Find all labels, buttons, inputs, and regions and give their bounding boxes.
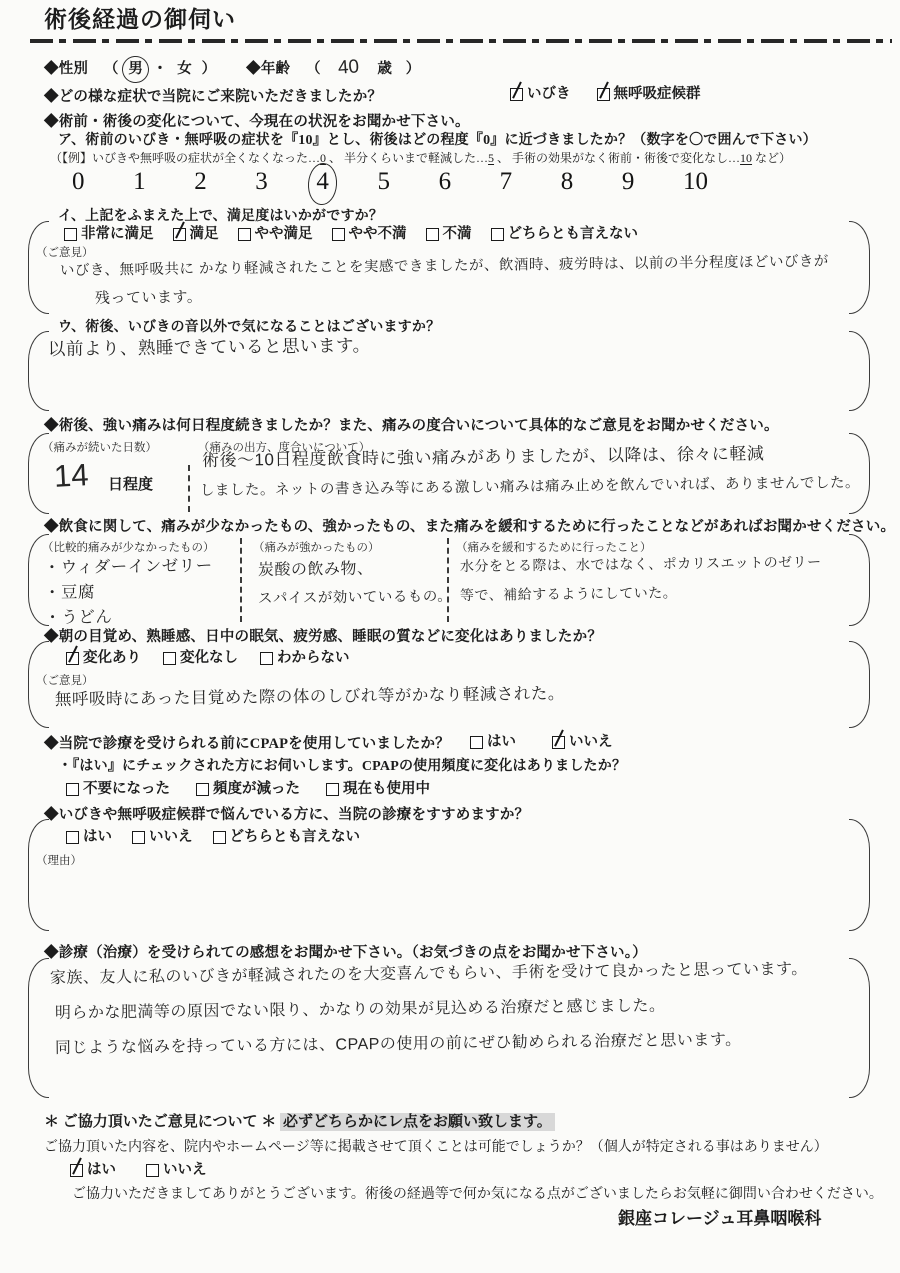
scale-4-circled[interactable]: 4 [316,166,329,197]
gender-female-option[interactable]: 女 [177,61,192,77]
page-title: 術後経過の御伺い [44,6,236,35]
consent-note: ＊ ご協力頂いたご意見について ＊ 必ずどちらかにレ点をお願い致します。 [44,1113,555,1132]
checkbox[interactable] [326,783,339,796]
example-text: 、 半分くらいまで軽減した… [326,151,488,165]
scale-6[interactable]: 6 [439,166,452,197]
scale-8[interactable]: 8 [561,166,574,197]
option-publish-yes[interactable]: はい [70,1161,116,1179]
option-label: いびき [527,85,571,103]
food-divider-1 [240,538,242,622]
recommend-options: はい いいえ どちらとも言えない [66,828,360,846]
option-recommend-no[interactable]: いいえ [132,828,193,846]
option-label: 満足 [190,225,219,243]
age-unit: 歳 [377,61,392,77]
checkbox[interactable] [163,652,176,665]
title-divider [30,39,892,43]
scale-2[interactable]: 2 [194,166,207,197]
food-item: ・ウィダーインゼリー [44,554,213,581]
option-very-satisfied[interactable]: 非常に満足 [64,225,154,243]
symptom-options: いびき 無呼吸症候群 [510,85,701,103]
publish-question: ご協力頂いた内容を、院内やホームページ等に掲載させて頂くことは可能でしょうか？（… [44,1139,828,1157]
example-text: など） [752,151,791,165]
scale-5[interactable]: 5 [377,166,390,197]
option-label: 無呼吸症候群 [614,85,701,103]
example-text: 、 手術の効果がなく術前・術後で変化なし… [494,151,740,165]
symptom-question: ◆どの様な症状で当院にご来院いただきましたか？ [44,88,382,106]
option-cpap-no[interactable]: いいえ [552,733,613,751]
checkbox[interactable] [238,228,251,241]
food-col2-line2: スパイスが効いているもの。 [258,588,452,608]
checkbox[interactable] [491,228,504,241]
reason-label: （理由） [36,854,82,868]
food-col2-label: （痛みが強かったもの） [253,541,380,555]
scale-9[interactable]: 9 [622,166,635,197]
scale-0[interactable]: 0 [72,166,85,197]
satisfaction-options: 非常に満足 満足 やや満足 やや不満 不満 どちらとも言えない [64,225,638,243]
scanned-questionnaire: 術後経過の御伺い ◆性別 （ 男 ・ 女 ） ◆年齢 （ 40 歳 ） ◆どの様… [0,0,900,1273]
paren: （ [104,61,119,77]
paren: （ [306,61,321,77]
checkbox[interactable] [66,652,79,665]
option-publish-no[interactable]: いいえ [146,1161,207,1179]
rating-scale: 0 1 2 3 4 5 6 7 8 9 10 [72,166,708,197]
change-sub-a: ア、術前のいびき・無呼吸の症状を『10』とし、術後はどの程度『0』に近づきました… [58,132,817,150]
checkbox[interactable] [173,228,186,241]
food-item: ・豆腐 [44,579,213,606]
pain-days-value: 14 [53,456,89,497]
clinic-name: 銀座コレージュ耳鼻咽喉科 [618,1208,821,1229]
option-label: 不満 [443,225,472,243]
checkbox[interactable] [132,831,145,844]
option-label: 現在も使用中 [343,780,430,798]
option-no-change[interactable]: 変化なし [163,649,238,667]
publish-options: はい いいえ [70,1161,207,1179]
option-satisfied[interactable]: 満足 [173,225,219,243]
option-label: 変化あり [83,649,141,667]
cpap-followup-options: 不要になった 頻度が減った 現在も使用中 [66,780,430,798]
scale-10[interactable]: 10 [683,166,708,197]
cpap-question: ◆当院で診療を受けられる前にCPAPを使用していましたか？ [44,735,450,753]
checkbox[interactable] [332,228,345,241]
option-label: はい [487,733,516,751]
food-divider-2 [447,538,449,622]
option-label: やや満足 [255,225,313,243]
food-col1-items: ・ウィダーインゼリー ・豆腐 ・うどん [44,554,214,631]
gender-male-option[interactable]: 男 [128,60,143,78]
age-label: ◆年齢 [246,61,290,77]
checkbox-apnea[interactable] [597,88,610,101]
option-changed[interactable]: 変化あり [66,649,141,667]
checkbox[interactable] [260,652,273,665]
satisfaction-comment-line2: 残っています。 [95,289,203,309]
checkbox[interactable] [470,736,483,749]
option-somewhat-dissatisfied[interactable]: やや不満 [332,225,407,243]
change-example-line: （【例】いびきや無呼吸の症状が全くなくなった…0 、 半分くらいまで軽減した…5… [50,151,791,166]
option-still-using[interactable]: 現在も使用中 [326,780,430,798]
scale-7[interactable]: 7 [500,166,513,197]
comment-label: （ご意見） [36,674,94,688]
consent-note-emphasis: 必ずどちらかにレ点をお願い致します。 [280,1113,555,1131]
cpap-options: はい いいえ [470,733,613,751]
option-frequency-decreased[interactable]: 頻度が減った [196,780,300,798]
gender-separator: ・ [153,61,168,77]
food-col3-label: （痛みを緩和するために行ったこと） [456,541,652,555]
checkbox[interactable] [66,783,79,796]
option-label: いいえ [163,1161,207,1179]
checkbox[interactable] [196,783,209,796]
option-label: 不要になった [83,780,170,798]
option-cpap-yes[interactable]: はい [470,733,516,751]
scale-1[interactable]: 1 [133,166,146,197]
checkbox[interactable] [213,831,226,844]
option-neither[interactable]: どちらとも言えない [491,225,639,243]
option-label: はい [83,828,112,846]
comment-label: （ご意見） [36,246,94,260]
option-apnea[interactable]: 無呼吸症候群 [597,85,701,103]
food-col3-line2: 等で、補給するようにしていた。 [460,584,677,604]
option-label: 非常に満足 [81,225,154,243]
option-snoring[interactable]: いびき [510,85,571,103]
profile-row: ◆性別 （ 男 ・ 女 ） ◆年齢 （ 40 歳 ） [44,56,420,80]
thanks-message: ご協力いただきましてありがとうございます。術後の経過等で何か気になる点がございま… [72,1186,883,1204]
checkbox[interactable] [64,228,77,241]
checkbox[interactable] [426,228,439,241]
food-col2-line1: 炭酸の飲み物、 [258,560,374,581]
option-recommend-neither[interactable]: どちらとも言えない [213,828,361,846]
pain-column-divider [188,465,190,512]
checkbox[interactable] [70,1164,83,1177]
consent-note-prefix: ＊ ご協力頂いたご意見について ＊ [44,1114,280,1130]
age-value-handwritten: 40 [338,55,361,80]
option-no-longer-needed[interactable]: 不要になった [66,780,170,798]
option-label: はい [87,1161,116,1179]
option-label: やや不満 [349,225,407,243]
cpap-followup: ・『はい』にチェックされた方にお伺いします。CPAPの使用頻度に変化はありました… [58,758,626,776]
gender-label: ◆性別 [44,61,88,77]
option-somewhat-satisfied[interactable]: やや満足 [238,225,313,243]
option-label: いいえ [569,733,613,751]
option-label: どちらとも言えない [508,225,639,243]
food-item: ・うどん [44,604,213,631]
checkbox[interactable] [66,831,79,844]
option-dissatisfied[interactable]: 不満 [426,225,472,243]
option-label: 変化なし [180,649,238,667]
option-unknown[interactable]: わからない [260,649,350,667]
scale-3[interactable]: 3 [255,166,268,197]
option-label: 頻度が減った [213,780,300,798]
paren: ） [202,61,217,77]
checkbox[interactable] [146,1164,159,1177]
option-label: わからない [277,649,350,667]
other-concerns-answer: 以前より、熟睡できていると思います。 [48,335,371,361]
checkbox-snoring[interactable] [510,88,523,101]
example-text: （【例】いびきや無呼吸の症状が全くなくなった… [50,151,320,165]
option-label: いいえ [149,828,193,846]
example-10: 10 [740,151,752,165]
option-recommend-yes[interactable]: はい [66,828,112,846]
pain-days-unit: 日程度 [108,476,153,495]
sleep-options: 変化あり 変化なし わからない [66,649,350,667]
pain-days-label: （痛みが続いた日数） [42,441,157,455]
checkbox[interactable] [552,736,565,749]
change-heading: ◆術前・術後の変化について、今現在の状況をお聞かせ下さい。 [44,113,470,131]
option-label: どちらとも言えない [230,828,361,846]
paren: ） [406,61,421,77]
